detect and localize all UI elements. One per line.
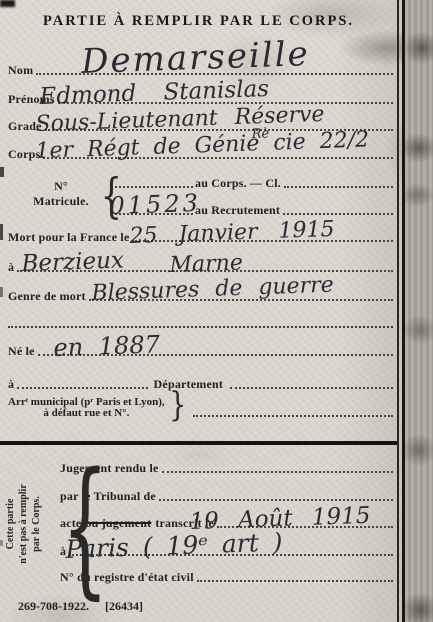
field-row-arrondissement: Arrᵗ municipal (pʳ Paris et Lyon), à déf… bbox=[8, 396, 395, 420]
grade-label: Grade bbox=[8, 119, 42, 134]
field-row-lieu-naissance: à Département bbox=[8, 375, 395, 392]
dotted-leader bbox=[159, 499, 393, 501]
dotted-leader bbox=[162, 471, 393, 473]
field-row-grade: Grade bbox=[8, 117, 395, 134]
lieu-naissance-label: à bbox=[8, 377, 14, 392]
dotted-leader bbox=[284, 186, 393, 188]
matricule-name-label: Matricule. bbox=[33, 194, 89, 208]
binding-scan-band bbox=[405, 0, 433, 622]
field-row-nom: Nom bbox=[8, 61, 395, 78]
dotted-leader bbox=[89, 299, 393, 301]
dotted-leader bbox=[69, 554, 393, 556]
matricule-no-label: N° bbox=[54, 179, 68, 193]
dotted-leader bbox=[230, 387, 393, 389]
side-note-rotated: Cette partie n'est pas à remplir par le … bbox=[4, 459, 46, 589]
mort-date-label: Mort pour la France le bbox=[8, 230, 129, 245]
dotted-leader bbox=[38, 354, 393, 356]
matricule-recrutement-row: au Recrutement bbox=[112, 201, 395, 218]
field-row-prenoms: Prénoms bbox=[8, 90, 395, 107]
field-row-corps: Corps bbox=[8, 145, 395, 162]
dotted-leader bbox=[17, 270, 393, 272]
scan-edge-mark bbox=[0, 167, 4, 177]
dotted-leader bbox=[193, 415, 393, 417]
scan-edge-mark bbox=[0, 224, 3, 240]
field-row-transcrit-lieu: à bbox=[60, 542, 395, 559]
field-row-registre: N° du registre d'état civil bbox=[60, 568, 395, 585]
arrondissement-label: Arrᵗ municipal (pʳ Paris et Lyon), à déf… bbox=[8, 397, 165, 420]
matricule-brace: { bbox=[101, 174, 122, 218]
footer-ref: [26434] bbox=[105, 599, 143, 614]
dotted-leader bbox=[217, 526, 393, 528]
nom-label: Nom bbox=[8, 63, 33, 78]
form-title: PARTIE À REMPLIR PAR LE CORPS. bbox=[0, 13, 397, 30]
mort-lieu-label: à bbox=[8, 260, 14, 275]
scan-edge-mark bbox=[0, 540, 3, 546]
dotted-leader bbox=[115, 213, 193, 215]
section-divider-line bbox=[0, 441, 397, 445]
arrondissement-label-line1: Arrᵗ municipal (pʳ Paris et Lyon), bbox=[8, 396, 165, 408]
scan-edge-mark bbox=[0, 287, 3, 297]
separator-dotted-line bbox=[8, 326, 393, 328]
matricule-label-block: N° Matricule. bbox=[22, 179, 100, 209]
field-row-mort-date: Mort pour la France le bbox=[8, 228, 395, 245]
dotted-leader bbox=[283, 213, 393, 215]
au-recrutement-label: au Recrutement bbox=[195, 203, 280, 218]
dotted-leader bbox=[17, 387, 147, 389]
dotted-leader bbox=[115, 186, 193, 188]
dotted-leader bbox=[197, 580, 393, 582]
arrondissement-brace: } bbox=[169, 390, 186, 420]
genre-mort-label: Genre de mort bbox=[8, 289, 86, 304]
dotted-leader bbox=[132, 240, 393, 242]
acte-label-part2: transcrit le bbox=[155, 516, 214, 531]
field-row-transcrit: acte ou jugement transcrit le bbox=[60, 514, 395, 531]
corps-label: Corps bbox=[8, 147, 40, 162]
dotted-leader bbox=[36, 73, 393, 75]
field-row-mort-lieu: à bbox=[8, 258, 395, 275]
ne-le-label: Né le bbox=[8, 344, 35, 359]
field-row-tribunal: par le Tribunal de bbox=[60, 487, 395, 504]
field-row-ne-le: Né le bbox=[8, 342, 395, 359]
scan-corner-smudge bbox=[0, 0, 15, 7]
civil-section-brace: { bbox=[62, 456, 109, 598]
departement-label: Département bbox=[154, 377, 224, 392]
au-corps-label: au Corps. — Cl. bbox=[195, 176, 281, 191]
matricule-corps-row: au Corps. — Cl. bbox=[112, 174, 395, 191]
field-row-genre-mort: Genre de mort bbox=[8, 287, 395, 304]
dotted-leader bbox=[43, 157, 393, 159]
arrondissement-label-line2: à défaut rue et N°. bbox=[8, 408, 165, 420]
dotted-leader bbox=[58, 102, 393, 104]
prenoms-label: Prénoms bbox=[8, 92, 55, 107]
field-row-jugement: Jugement rendu le bbox=[60, 459, 395, 476]
page-border-line-outer bbox=[397, 0, 399, 622]
dotted-leader bbox=[45, 129, 393, 131]
